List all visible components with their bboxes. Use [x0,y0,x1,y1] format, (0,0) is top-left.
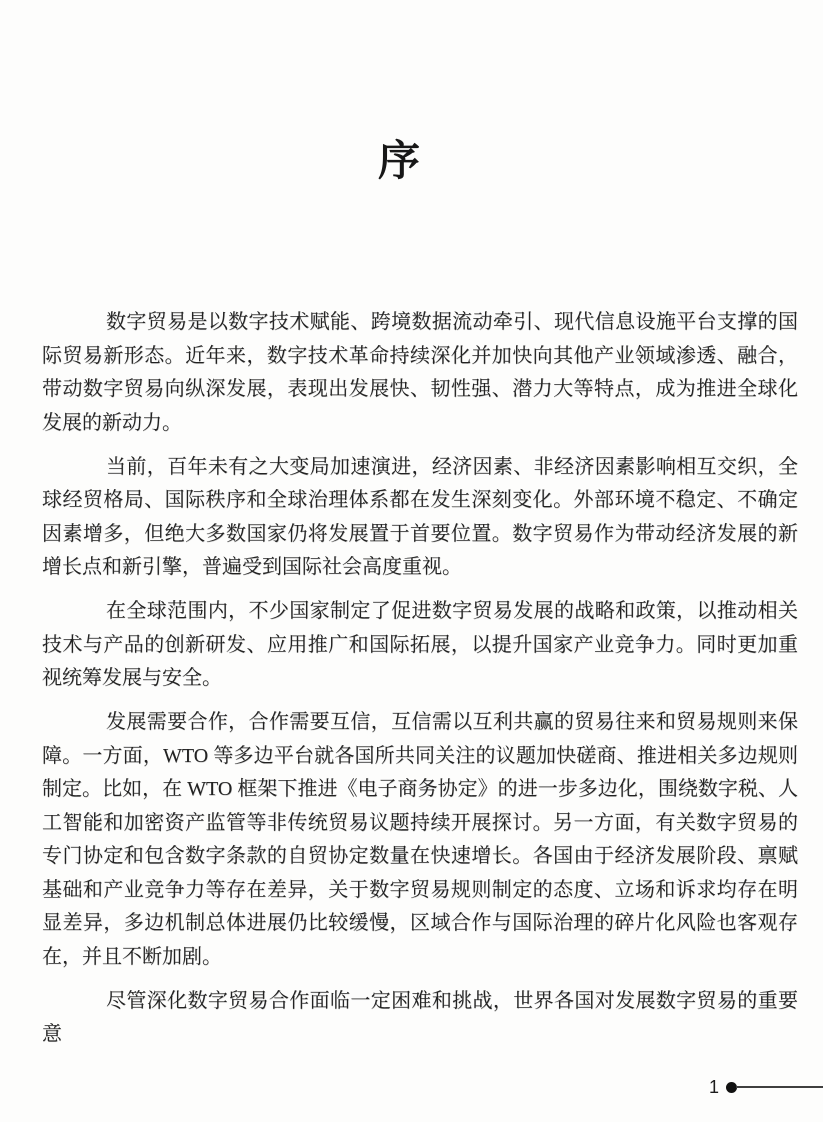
footer-rule [736,1086,823,1088]
body-paragraph-2: 当前，百年未有之大变局加速演进，经济因素、非经济因素影响相互交织，全球经贸格局、… [42,451,798,585]
preface-title: 序 [0,128,798,188]
body-paragraph-5: 尽管深化数字贸易合作面临一定困难和挑战，世界各国对发展数字贸易的重要意 [42,985,798,1052]
scanned-book-page: 序 数字贸易是以数字技术赋能、跨境数据流动牵引、现代信息设施平台支撑的国际贸易新… [0,0,823,1122]
page-number: 1 [706,1077,722,1098]
body-paragraph-4: 发展需要合作，合作需要互信，互信需以互利共赢的贸易往来和贸易规则来保障。一方面，… [42,706,798,974]
page-footer: 1 [0,1072,823,1102]
preface-body: 数字贸易是以数字技术赋能、跨境数据流动牵引、现代信息设施平台支撑的国际贸易新形态… [42,306,798,1062]
body-paragraph-3: 在全球范围内，不少国家制定了促进数字贸易发展的战略和政策，以推动相关技术与产品的… [42,595,798,696]
body-paragraph-1: 数字贸易是以数字技术赋能、跨境数据流动牵引、现代信息设施平台支撑的国际贸易新形态… [42,306,798,440]
